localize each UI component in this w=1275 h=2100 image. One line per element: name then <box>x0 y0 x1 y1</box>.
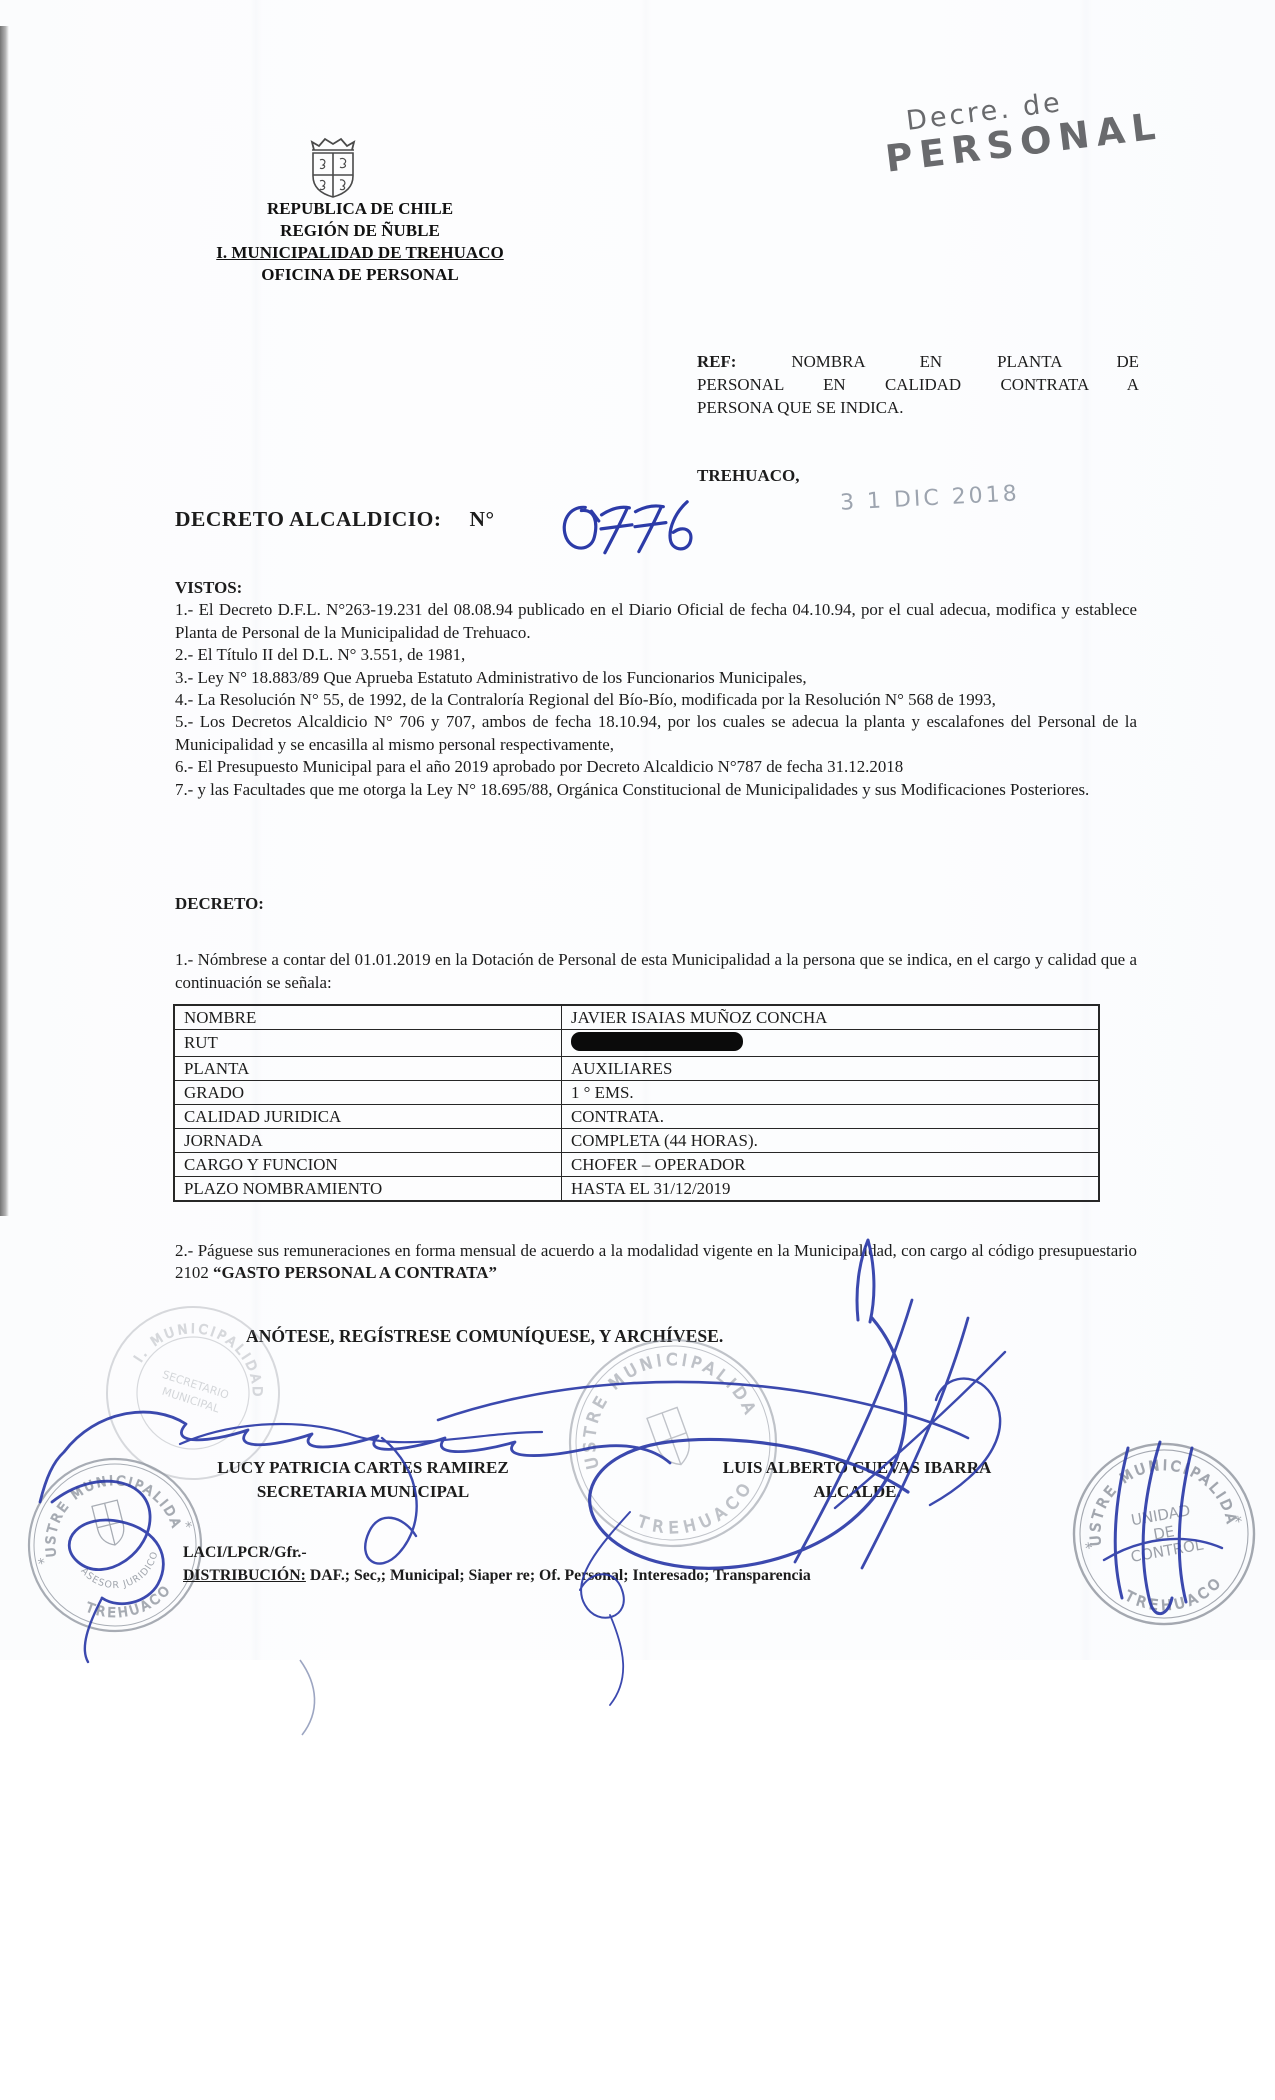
secretary-title: SECRETARIA MUNICIPAL <box>148 1480 578 1504</box>
vistos-item-4: 4.- La Resolución N° 55, de 1992, de la … <box>175 689 1137 711</box>
row-value: CHOFER – OPERADOR <box>562 1153 1100 1177</box>
letterhead-region: REGIÓN DE ÑUBLE <box>168 220 552 242</box>
mayor-title: ALCALDE. <box>642 1480 1072 1504</box>
footer-initials: LACI/LPCR/Gfr.- <box>183 1541 811 1564</box>
stray-pen-mark <box>300 1660 315 1735</box>
row-value-redacted <box>562 1030 1100 1057</box>
table-row: GRADO1 ° EMS. <box>174 1081 1099 1105</box>
table-row: JORNADACOMPLETA (44 HORAS). <box>174 1129 1099 1153</box>
vistos-item-2: 2.- El Título II del D.L. N° 3.551, de 1… <box>175 644 1137 666</box>
decree-number-prefix: N° <box>469 507 494 531</box>
table-row: NOMBREJAVIER ISAIAS MUÑOZ CONCHA <box>174 1005 1099 1030</box>
mayor-signature-block: LUIS ALBERTO CUEVAS IBARRA ALCALDE. <box>642 1456 1072 1504</box>
vistos-item-3: 3.- Ley N° 18.883/89 Que Aprueba Estatut… <box>175 667 1137 689</box>
decree-heading: DECRETO ALCALDICIO: N° <box>175 507 495 532</box>
vistos-item-1: 1.- El Decreto D.F.L. N°263-19.231 del 0… <box>175 599 1137 644</box>
decreto-paragraph-2: 2.- Páguese sus remuneraciones en forma … <box>175 1240 1137 1285</box>
letterhead-municipality: I. MUNICIPALIDAD DE TREHUACO <box>168 242 552 264</box>
place-line: TREHUACO, <box>697 466 799 486</box>
mayor-name: LUIS ALBERTO CUEVAS IBARRA <box>642 1456 1072 1480</box>
footer-block: LACI/LPCR/Gfr.- DISTRIBUCIÓN: DAF.; Sec,… <box>183 1541 811 1587</box>
row-label: PLAZO NOMBRAMIENTO <box>174 1177 562 1202</box>
decreto-paragraph-1: 1.- Nómbrese a contar del 01.01.2019 en … <box>175 949 1137 994</box>
letterhead-office: OFICINA DE PERSONAL <box>168 264 552 286</box>
ref-block: REF: NOMBRA EN PLANTA DE PERSONAL EN CAL… <box>697 350 1139 420</box>
letterhead: REPUBLICA DE CHILE REGIÓN DE ÑUBLE I. MU… <box>168 198 552 286</box>
decree-heading-label: DECRETO ALCALDICIO: <box>175 507 442 531</box>
decreto-section: DECRETO: 1.- Nómbrese a contar del 01.01… <box>175 893 1137 994</box>
vistos-item-6: 6.- El Presupuesto Municipal para el año… <box>175 756 1137 778</box>
row-value: 1 ° EMS. <box>562 1081 1100 1105</box>
municipal-coat-of-arms-icon <box>302 136 364 200</box>
row-label: RUT <box>174 1030 562 1057</box>
letterhead-country: REPUBLICA DE CHILE <box>168 198 552 220</box>
decreto-title: DECRETO: <box>175 893 1137 915</box>
secretary-name: LUCY PATRICIA CARTES RAMIREZ <box>148 1456 578 1480</box>
rut-redaction-bar <box>571 1032 743 1051</box>
row-label: JORNADA <box>174 1129 562 1153</box>
row-value: CONTRATA. <box>562 1105 1100 1129</box>
ref-line-3: PERSONA QUE SE INDICA. <box>697 396 1139 419</box>
ref-text-1: NOMBRA EN PLANTA DE <box>791 352 1139 371</box>
handwritten-decree-number <box>555 494 697 561</box>
distribution-line: DISTRIBUCIÓN: DAF.; Sec,; Municipal; Sia… <box>183 1564 811 1587</box>
row-value: HASTA EL 31/12/2019 <box>562 1177 1100 1202</box>
row-value: AUXILIARES <box>562 1057 1100 1081</box>
table-row: CALIDAD JURIDICACONTRATA. <box>174 1105 1099 1129</box>
vistos-item-7: 7.- y las Facultades que me otorga la Le… <box>175 779 1137 801</box>
ref-label: REF: <box>697 352 736 371</box>
table-row: PLAZO NOMBRAMIENTOHASTA EL 31/12/2019 <box>174 1177 1099 1202</box>
row-label: CALIDAD JURIDICA <box>174 1105 562 1129</box>
secretary-signature-block: LUCY PATRICIA CARTES RAMIREZ SECRETARIA … <box>148 1456 578 1504</box>
closing-formula: ANÓTESE, REGÍSTRESE COMUNÍQUESE, Y ARCHÍ… <box>246 1326 723 1347</box>
row-label: PLANTA <box>174 1057 562 1081</box>
row-label: GRADO <box>174 1081 562 1105</box>
scanned-decree-page: REPUBLICA DE CHILE REGIÓN DE ÑUBLE I. MU… <box>0 0 1275 2100</box>
ref-line-1: REF: NOMBRA EN PLANTA DE <box>697 350 1139 373</box>
table-row: PLANTAAUXILIARES <box>174 1057 1099 1081</box>
appointment-table: NOMBREJAVIER ISAIAS MUÑOZ CONCHA RUT PLA… <box>173 1004 1100 1202</box>
table-row: RUT <box>174 1030 1099 1057</box>
payment-paragraph: 2.- Páguese sus remuneraciones en forma … <box>175 1240 1137 1285</box>
row-value: JAVIER ISAIAS MUÑOZ CONCHA <box>562 1005 1100 1030</box>
vistos-item-5: 5.- Los Decretos Alcaldicio N° 706 y 707… <box>175 711 1137 756</box>
row-label: NOMBRE <box>174 1005 562 1030</box>
distribution-label: DISTRIBUCIÓN: <box>183 1567 306 1584</box>
ref-line-2: PERSONAL EN CALIDAD CONTRATA A <box>697 373 1139 396</box>
table-row: CARGO Y FUNCIONCHOFER – OPERADOR <box>174 1153 1099 1177</box>
row-label: CARGO Y FUNCION <box>174 1153 562 1177</box>
scan-edge-shadow <box>0 26 9 1216</box>
row-value: COMPLETA (44 HORAS). <box>562 1129 1100 1153</box>
vistos-section: VISTOS: 1.- El Decreto D.F.L. N°263-19.2… <box>175 577 1137 801</box>
distribution-text: DAF.; Sec,; Municipal; Siaper re; Of. Pe… <box>306 1567 811 1584</box>
vistos-title: VISTOS: <box>175 577 1137 599</box>
paragraph-2-bold: “GASTO PERSONAL A CONTRATA” <box>213 1263 497 1282</box>
